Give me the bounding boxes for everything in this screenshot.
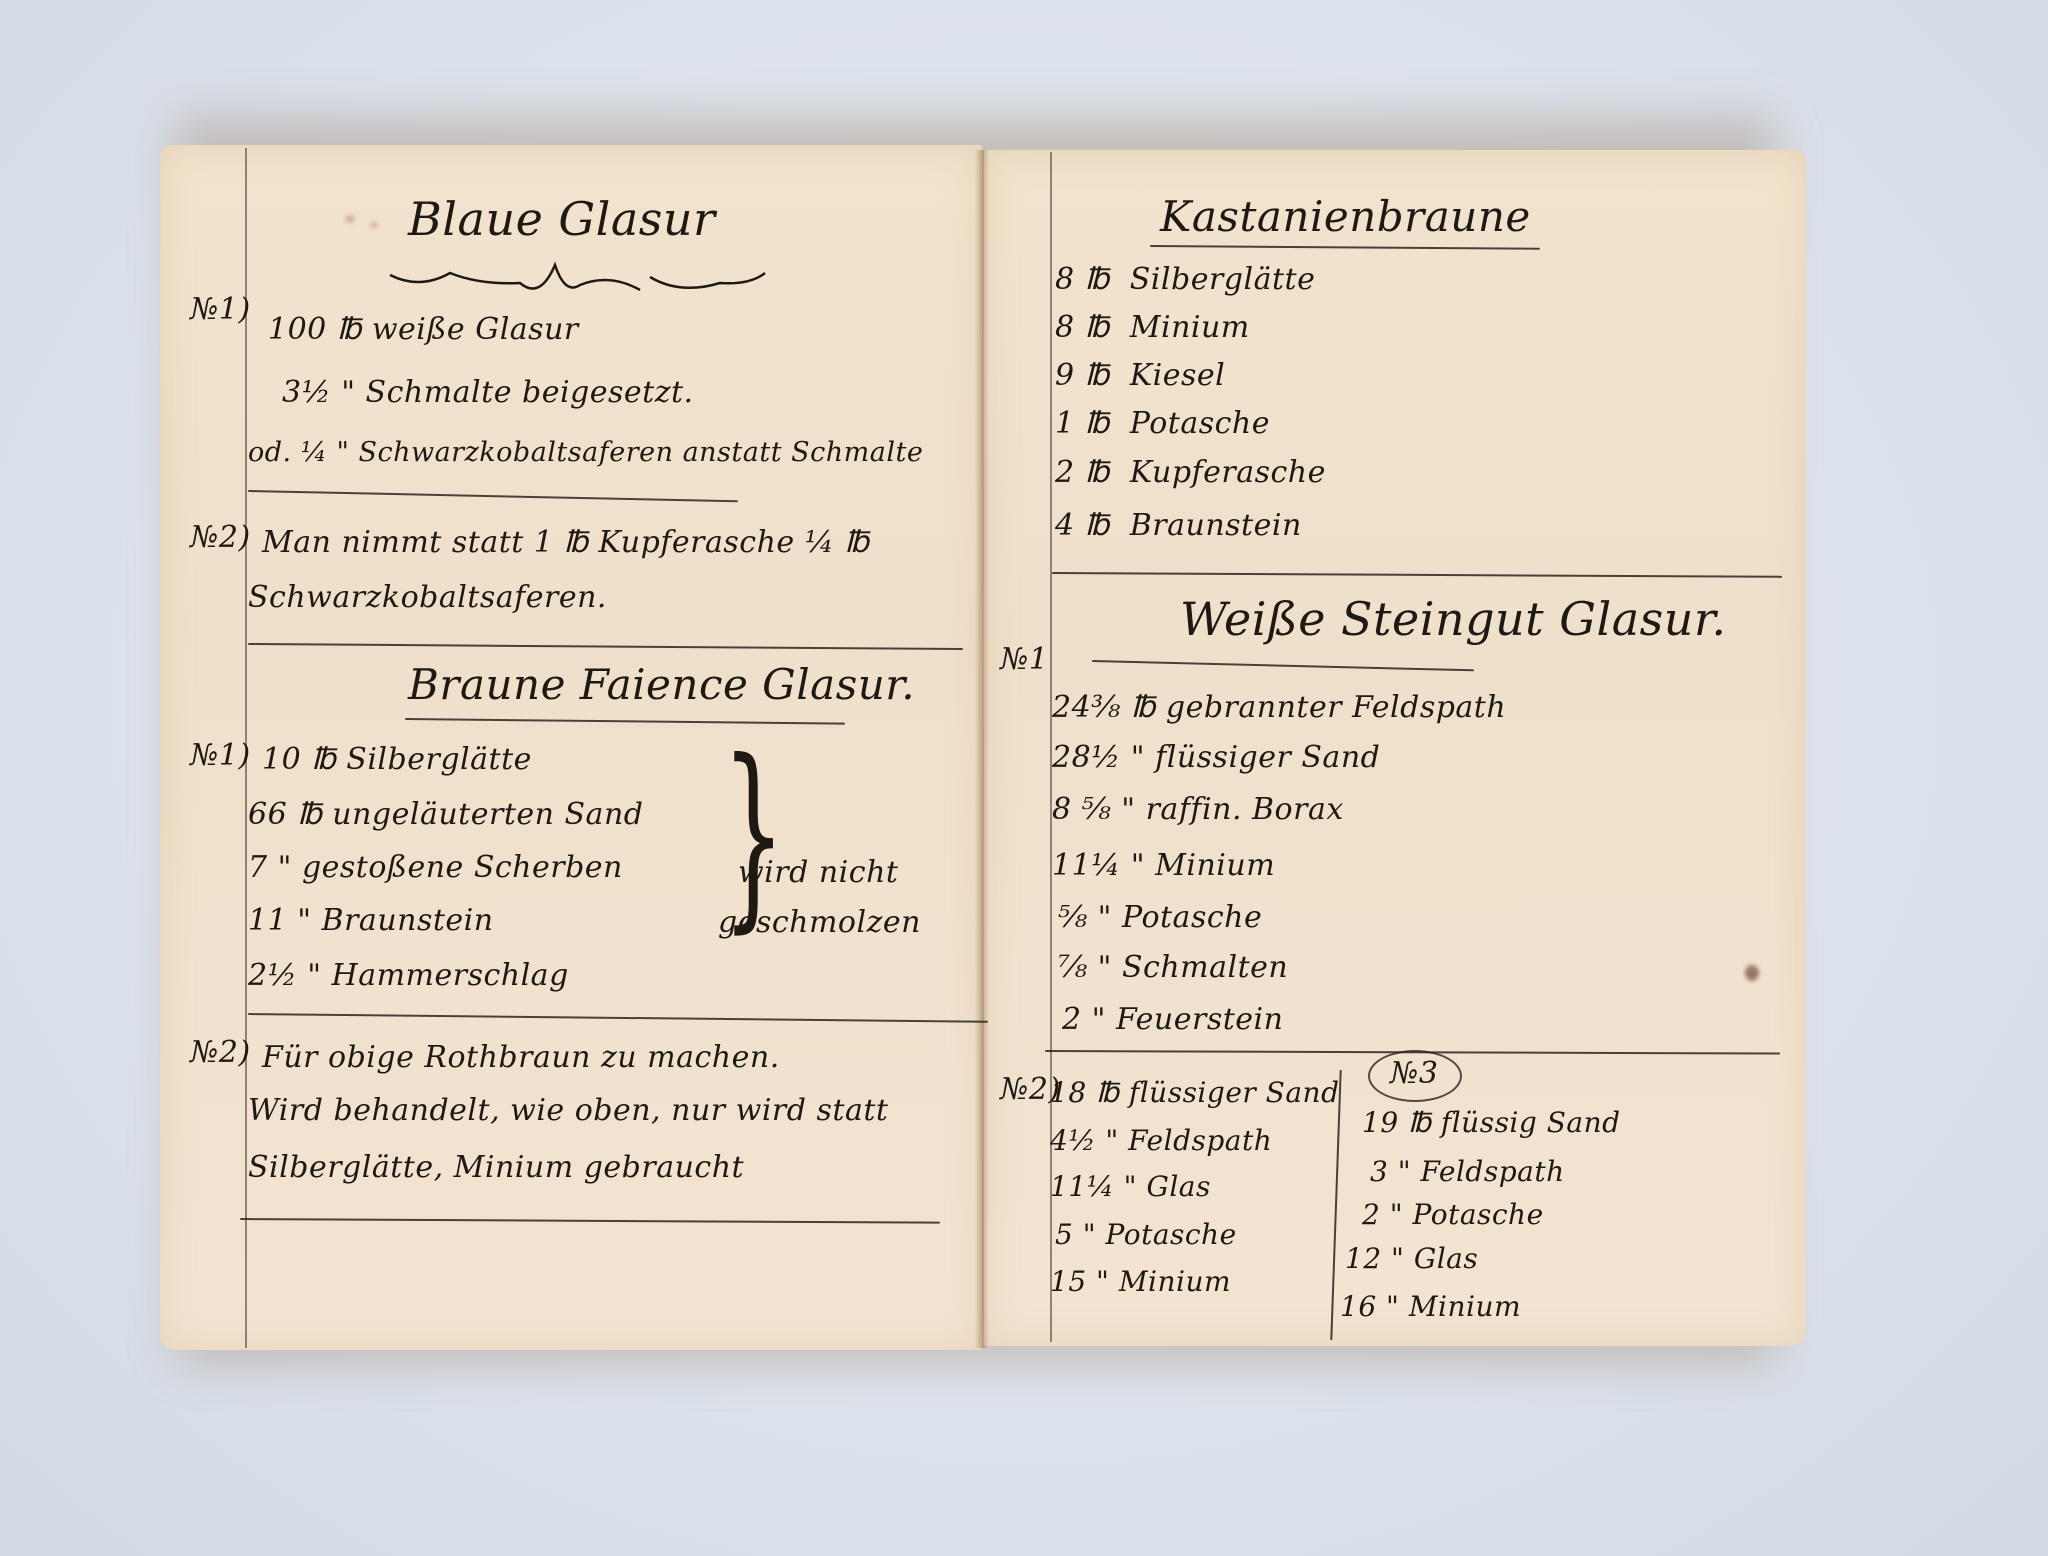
- ingredient-qty: ⅝ ": [1058, 900, 1112, 935]
- recipe-line: Schwarzkobaltsaferen.: [248, 580, 607, 615]
- ingredient-qty: 11¼ ": [1050, 1170, 1137, 1203]
- recipe-line: 100 ℔ weiße Glasur: [268, 312, 579, 347]
- ingredient-name: Potasche: [1413, 1198, 1544, 1231]
- ingredient-row: 5 " Potasche: [1055, 1218, 1237, 1251]
- ingredient-row: 9 ℔ Kiesel: [1055, 358, 1225, 393]
- recipe-line: 2½ " Hammerschlag: [248, 958, 569, 993]
- recipe-number: №2): [190, 1035, 251, 1070]
- ingredient-qty: 4½ ": [1050, 1124, 1119, 1157]
- ingredient-name: Kupferasche: [1130, 455, 1326, 490]
- ingredient-qty: 16 ": [1340, 1290, 1399, 1323]
- ingredient-qty: 8 ℔: [1055, 310, 1110, 345]
- ingredient-name: Minium: [1119, 1265, 1231, 1298]
- ingredient-qty: 5 ": [1055, 1218, 1096, 1251]
- ingredient-qty: 2 ": [1062, 1002, 1106, 1037]
- ingredient-name: Glas: [1146, 1170, 1210, 1203]
- ingredient-qty: 15 ": [1050, 1265, 1109, 1298]
- ingredient-row: ⅞ " Schmalten: [1058, 950, 1288, 985]
- ingredient-name: Potasche: [1122, 900, 1262, 935]
- ingredient-qty: 1 ℔: [1055, 406, 1110, 441]
- ingredient-name: flüssiger Sand: [1155, 740, 1380, 775]
- recipe-number: №1: [1000, 642, 1048, 677]
- ingredient-qty: 19 ℔: [1362, 1106, 1431, 1139]
- ingredient-row: 8 ℔ Silberglätte: [1055, 262, 1315, 297]
- recipe-line: od. ¼ " Schwarzkobaltsaferen anstatt Sch…: [248, 437, 923, 468]
- ingredient-qty: 9 ℔: [1055, 358, 1110, 393]
- ingredient-name: flüssiger Sand: [1129, 1076, 1340, 1109]
- ingredient-name: Feldspath: [1128, 1124, 1272, 1157]
- ingredient-row: 28½ " flüssiger Sand: [1052, 740, 1380, 775]
- title-flourish: [380, 255, 780, 300]
- ingredient-row: 8 ⅝ " raffin. Borax: [1052, 792, 1344, 827]
- recipe-line: 3½ " Schmalte beigesetzt.: [282, 375, 694, 410]
- ingredient-row: 24⅜ ℔ gebrannter Feldspath: [1052, 690, 1506, 725]
- ingredient-qty: 18 ℔: [1050, 1076, 1119, 1109]
- recipe-number: №1): [190, 292, 251, 327]
- ingredient-row: 18 ℔ flüssiger Sand: [1050, 1076, 1340, 1109]
- ingredient-name: Minium: [1155, 848, 1275, 883]
- ingredient-qty: 2 ℔: [1055, 455, 1110, 490]
- recipe-line: 66 ℔ ungeläuterten Sand: [248, 797, 643, 832]
- recipe-line: 10 ℔ Silberglätte: [262, 742, 532, 777]
- ingredient-row: 11¼ " Minium: [1052, 848, 1275, 883]
- ingredient-row: 16 " Minium: [1340, 1290, 1521, 1323]
- recipe-line: Für obige Rothbraun zu machen.: [262, 1040, 780, 1075]
- section-title-weisse-steingut-glasur: Weiße Steingut Glasur.: [1180, 592, 1726, 646]
- recipe-line: 11 " Braunstein: [248, 903, 494, 938]
- ingredient-qty: 8 ℔: [1055, 262, 1110, 297]
- ingredient-row: 2 ℔ Kupferasche: [1055, 455, 1326, 490]
- ingredient-qty: 28½ ": [1052, 740, 1145, 775]
- ingredient-qty: 2 ": [1362, 1198, 1403, 1231]
- bracket-note: wird nicht: [738, 855, 898, 890]
- ingredient-row: 11¼ " Glas: [1050, 1170, 1211, 1203]
- ingredient-name: flüssig Sand: [1441, 1106, 1621, 1139]
- ingredient-name: raffin. Borax: [1146, 792, 1344, 827]
- ingredient-row: 4½ " Feldspath: [1050, 1124, 1272, 1157]
- ingredient-row: 2 " Feuerstein: [1062, 1002, 1283, 1037]
- ingredient-name: Silberglätte: [1130, 262, 1316, 297]
- ingredient-name: Minium: [1409, 1290, 1521, 1323]
- ingredient-row: 4 ℔ Braunstein: [1055, 508, 1302, 543]
- ingredient-row: 19 ℔ flüssig Sand: [1362, 1106, 1621, 1139]
- recipe-line: 7 " gestoßene Scherben: [248, 850, 623, 885]
- section-title-braune-faience-glasur: Braune Faience Glasur.: [408, 660, 915, 709]
- bracket-note: geschmolzen: [718, 905, 921, 940]
- recipe-line: Wird behandelt, wie oben, nur wird statt: [248, 1093, 888, 1128]
- ingredient-row: 3 " Feldspath: [1370, 1155, 1565, 1188]
- recipe-line: Man nimmt statt 1 ℔ Kupferasche ¼ ℔: [262, 525, 869, 560]
- recipe-number: №1): [190, 738, 251, 773]
- ingredient-name: Minium: [1130, 310, 1250, 345]
- section-title-kastanienbraune: Kastanienbraune: [1160, 192, 1531, 241]
- ingredient-qty: 11¼ ": [1052, 848, 1145, 883]
- ingredient-name: Feldspath: [1421, 1155, 1565, 1188]
- ingredient-name: Potasche: [1130, 406, 1270, 441]
- ingredient-qty: 24⅜ ℔: [1052, 690, 1156, 725]
- recipe-line: Silberglätte, Minium gebraucht: [248, 1150, 744, 1185]
- ingredient-name: Kiesel: [1130, 358, 1226, 393]
- ingredient-row: 15 " Minium: [1050, 1265, 1231, 1298]
- ingredient-name: Feuerstein: [1116, 1002, 1283, 1037]
- ink-stain: [345, 215, 355, 223]
- notebook-spine: [975, 150, 989, 1348]
- ink-stain: [370, 222, 378, 228]
- ink-stain: [1745, 965, 1759, 981]
- ingredient-name: Braunstein: [1130, 508, 1302, 543]
- ingredient-row: 1 ℔ Potasche: [1055, 406, 1270, 441]
- recipe-number: №2): [190, 520, 251, 555]
- ingredient-row: 2 " Potasche: [1362, 1198, 1544, 1231]
- ingredient-row: ⅝ " Potasche: [1058, 900, 1262, 935]
- ingredient-name: gebrannter Feldspath: [1166, 690, 1506, 725]
- ingredient-name: Glas: [1414, 1242, 1478, 1275]
- ingredient-name: Schmalten: [1122, 950, 1288, 985]
- ingredient-qty: 12 ": [1345, 1242, 1404, 1275]
- ingredient-name: Potasche: [1106, 1218, 1237, 1251]
- ingredient-qty: 3 ": [1370, 1155, 1411, 1188]
- ingredient-qty: 4 ℔: [1055, 508, 1110, 543]
- recipe-number: №3: [1390, 1056, 1438, 1091]
- ingredient-row: 8 ℔ Minium: [1055, 310, 1250, 345]
- ingredient-row: 12 " Glas: [1345, 1242, 1478, 1275]
- ingredient-qty: ⅞ ": [1058, 950, 1112, 985]
- ingredient-qty: 8 ⅝ ": [1052, 792, 1136, 827]
- section-title-blaue-glasur: Blaue Glasur: [408, 192, 716, 246]
